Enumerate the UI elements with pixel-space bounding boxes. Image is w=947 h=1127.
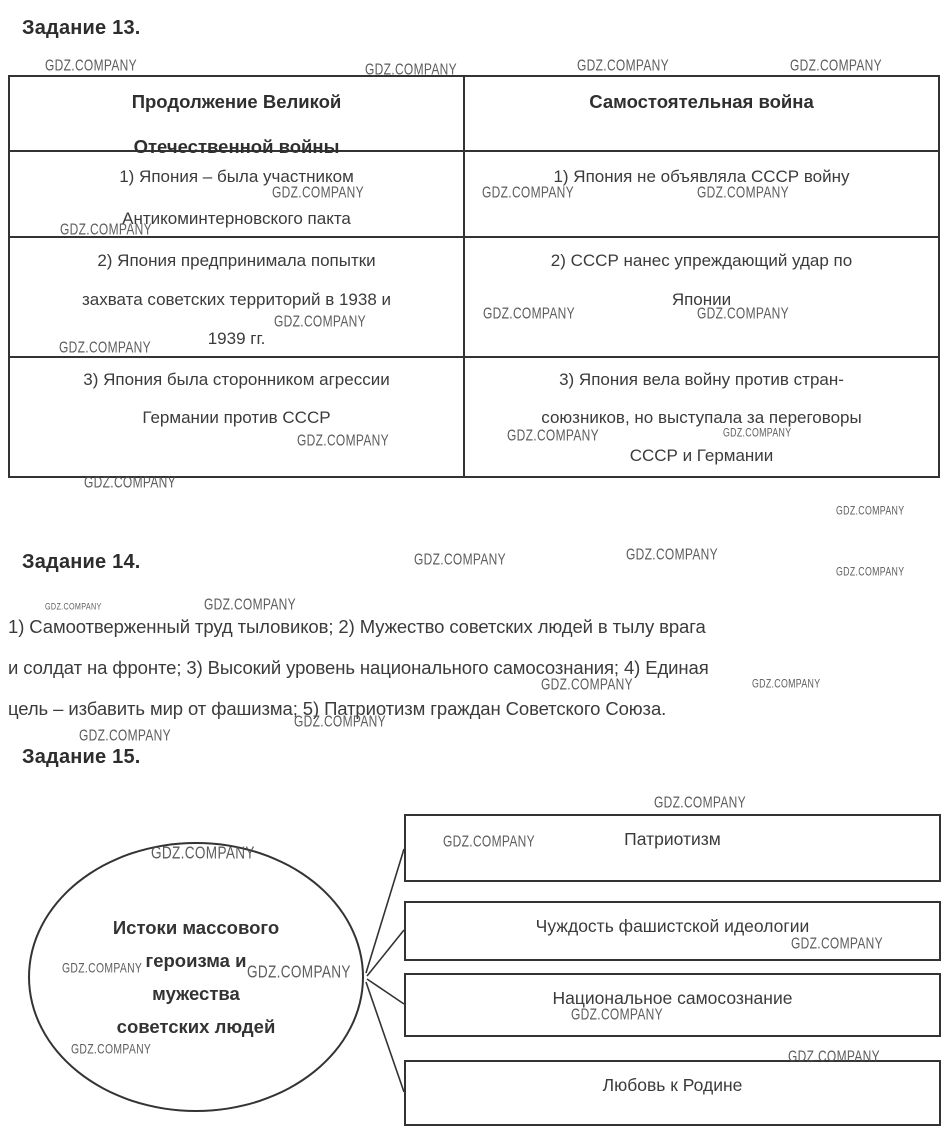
table-header-right: Самостоятельная война [465,77,938,152]
watermark: GDZ.COMPANY [836,505,904,518]
paragraph-line: и солдат на фронте; 3) Высокий уровень н… [8,647,943,688]
cell-line: Японии [475,280,928,319]
table-cell-row3-right: 3) Япония вела войну против стран- союзн… [465,358,938,476]
table-cell-row3-left: 3) Япония была сторонником агрессии Герм… [10,358,465,476]
cell-line: 1) Япония не объявляла СССР войну [475,156,928,198]
watermark: GDZ.COMPANY [577,57,669,75]
watermark: GDZ.COMPANY [654,794,746,812]
cell-line: 2) Япония предпринимала попытки [20,241,453,280]
watermark: GDZ.COMPANY [45,57,137,75]
watermark: GDZ.COMPANY [79,727,171,745]
task15-heading: Задание 15. [22,746,141,769]
task14-heading: Задание 14. [22,551,141,574]
cell-line: Германии против СССР [20,399,453,437]
header-line: Продолжение Великой [20,79,453,124]
header-line: Самостоятельная война [475,79,928,124]
cell-line: союзников, но выступала за переговоры [475,399,928,437]
diagram-ellipse: Истоки массового героизма и мужества сов… [28,842,364,1112]
ellipse-label: Истоки массового героизма и мужества сов… [113,911,279,1043]
diagram-box-label: Чуждость фашистской идеологии [536,916,810,936]
task13-table: Продолжение Великой Отечественной войны … [8,75,940,478]
diagram-box-love-of-motherland: Любовь к Родине [404,1060,941,1126]
task14-paragraph: 1) Самоотверженный труд тыловиков; 2) Му… [8,606,943,729]
table-cell-row2-left: 2) Япония предпринимала попытки захвата … [10,238,465,358]
watermark: GDZ.COMPANY [414,551,506,569]
watermark: GDZ.COMPANY [836,566,904,579]
diagram-box-label: Национальное самосознание [553,988,793,1008]
ellipse-label-line: героизма и [113,944,279,977]
cell-line: 3) Япония вела войну против стран- [475,361,928,399]
paragraph-line: 1) Самоотверженный труд тыловиков; 2) Му… [8,606,943,647]
ellipse-label-line: советских людей [113,1010,279,1043]
watermark: GDZ.COMPANY [790,57,882,75]
cell-line: Антикоминтерновского пакта [20,198,453,240]
ellipse-label-line: Истоки массового [113,911,279,944]
diagram-box-alien-ideology: Чуждость фашистской идеологии [404,901,941,961]
table-cell-row2-right: 2) СССР нанес упреждающий удар по Японии [465,238,938,358]
table-cell-row1-right: 1) Япония не объявляла СССР войну [465,152,938,238]
paragraph-line: цель – избавить мир от фашизма; 5) Патри… [8,688,943,729]
diagram-box-national-identity: Национальное самосознание [404,973,941,1037]
diagram-box-label: Любовь к Родине [603,1075,743,1095]
cell-line: захвата советских территорий в 1938 и [20,280,453,319]
cell-line: 3) Япония была сторонником агрессии [20,361,453,399]
cell-line: 1) Япония – была участником [20,156,453,198]
document-page: Задание 13. Продолжение Великой Отечеств… [0,0,947,1127]
table-cell-row1-left: 1) Япония – была участником Антикоминтер… [10,152,465,238]
task13-heading: Задание 13. [22,17,141,40]
table-header-left: Продолжение Великой Отечественной войны [10,77,465,152]
ellipse-label-line: мужества [113,977,279,1010]
cell-line: 2) СССР нанес упреждающий удар по [475,241,928,280]
cell-line: СССР и Германии [475,437,928,475]
diagram-box-label: Патриотизм [624,829,721,849]
cell-line: 1939 гг. [20,319,453,358]
watermark: GDZ.COMPANY [626,546,718,564]
diagram-box-patriotism: Патриотизм [404,814,941,882]
